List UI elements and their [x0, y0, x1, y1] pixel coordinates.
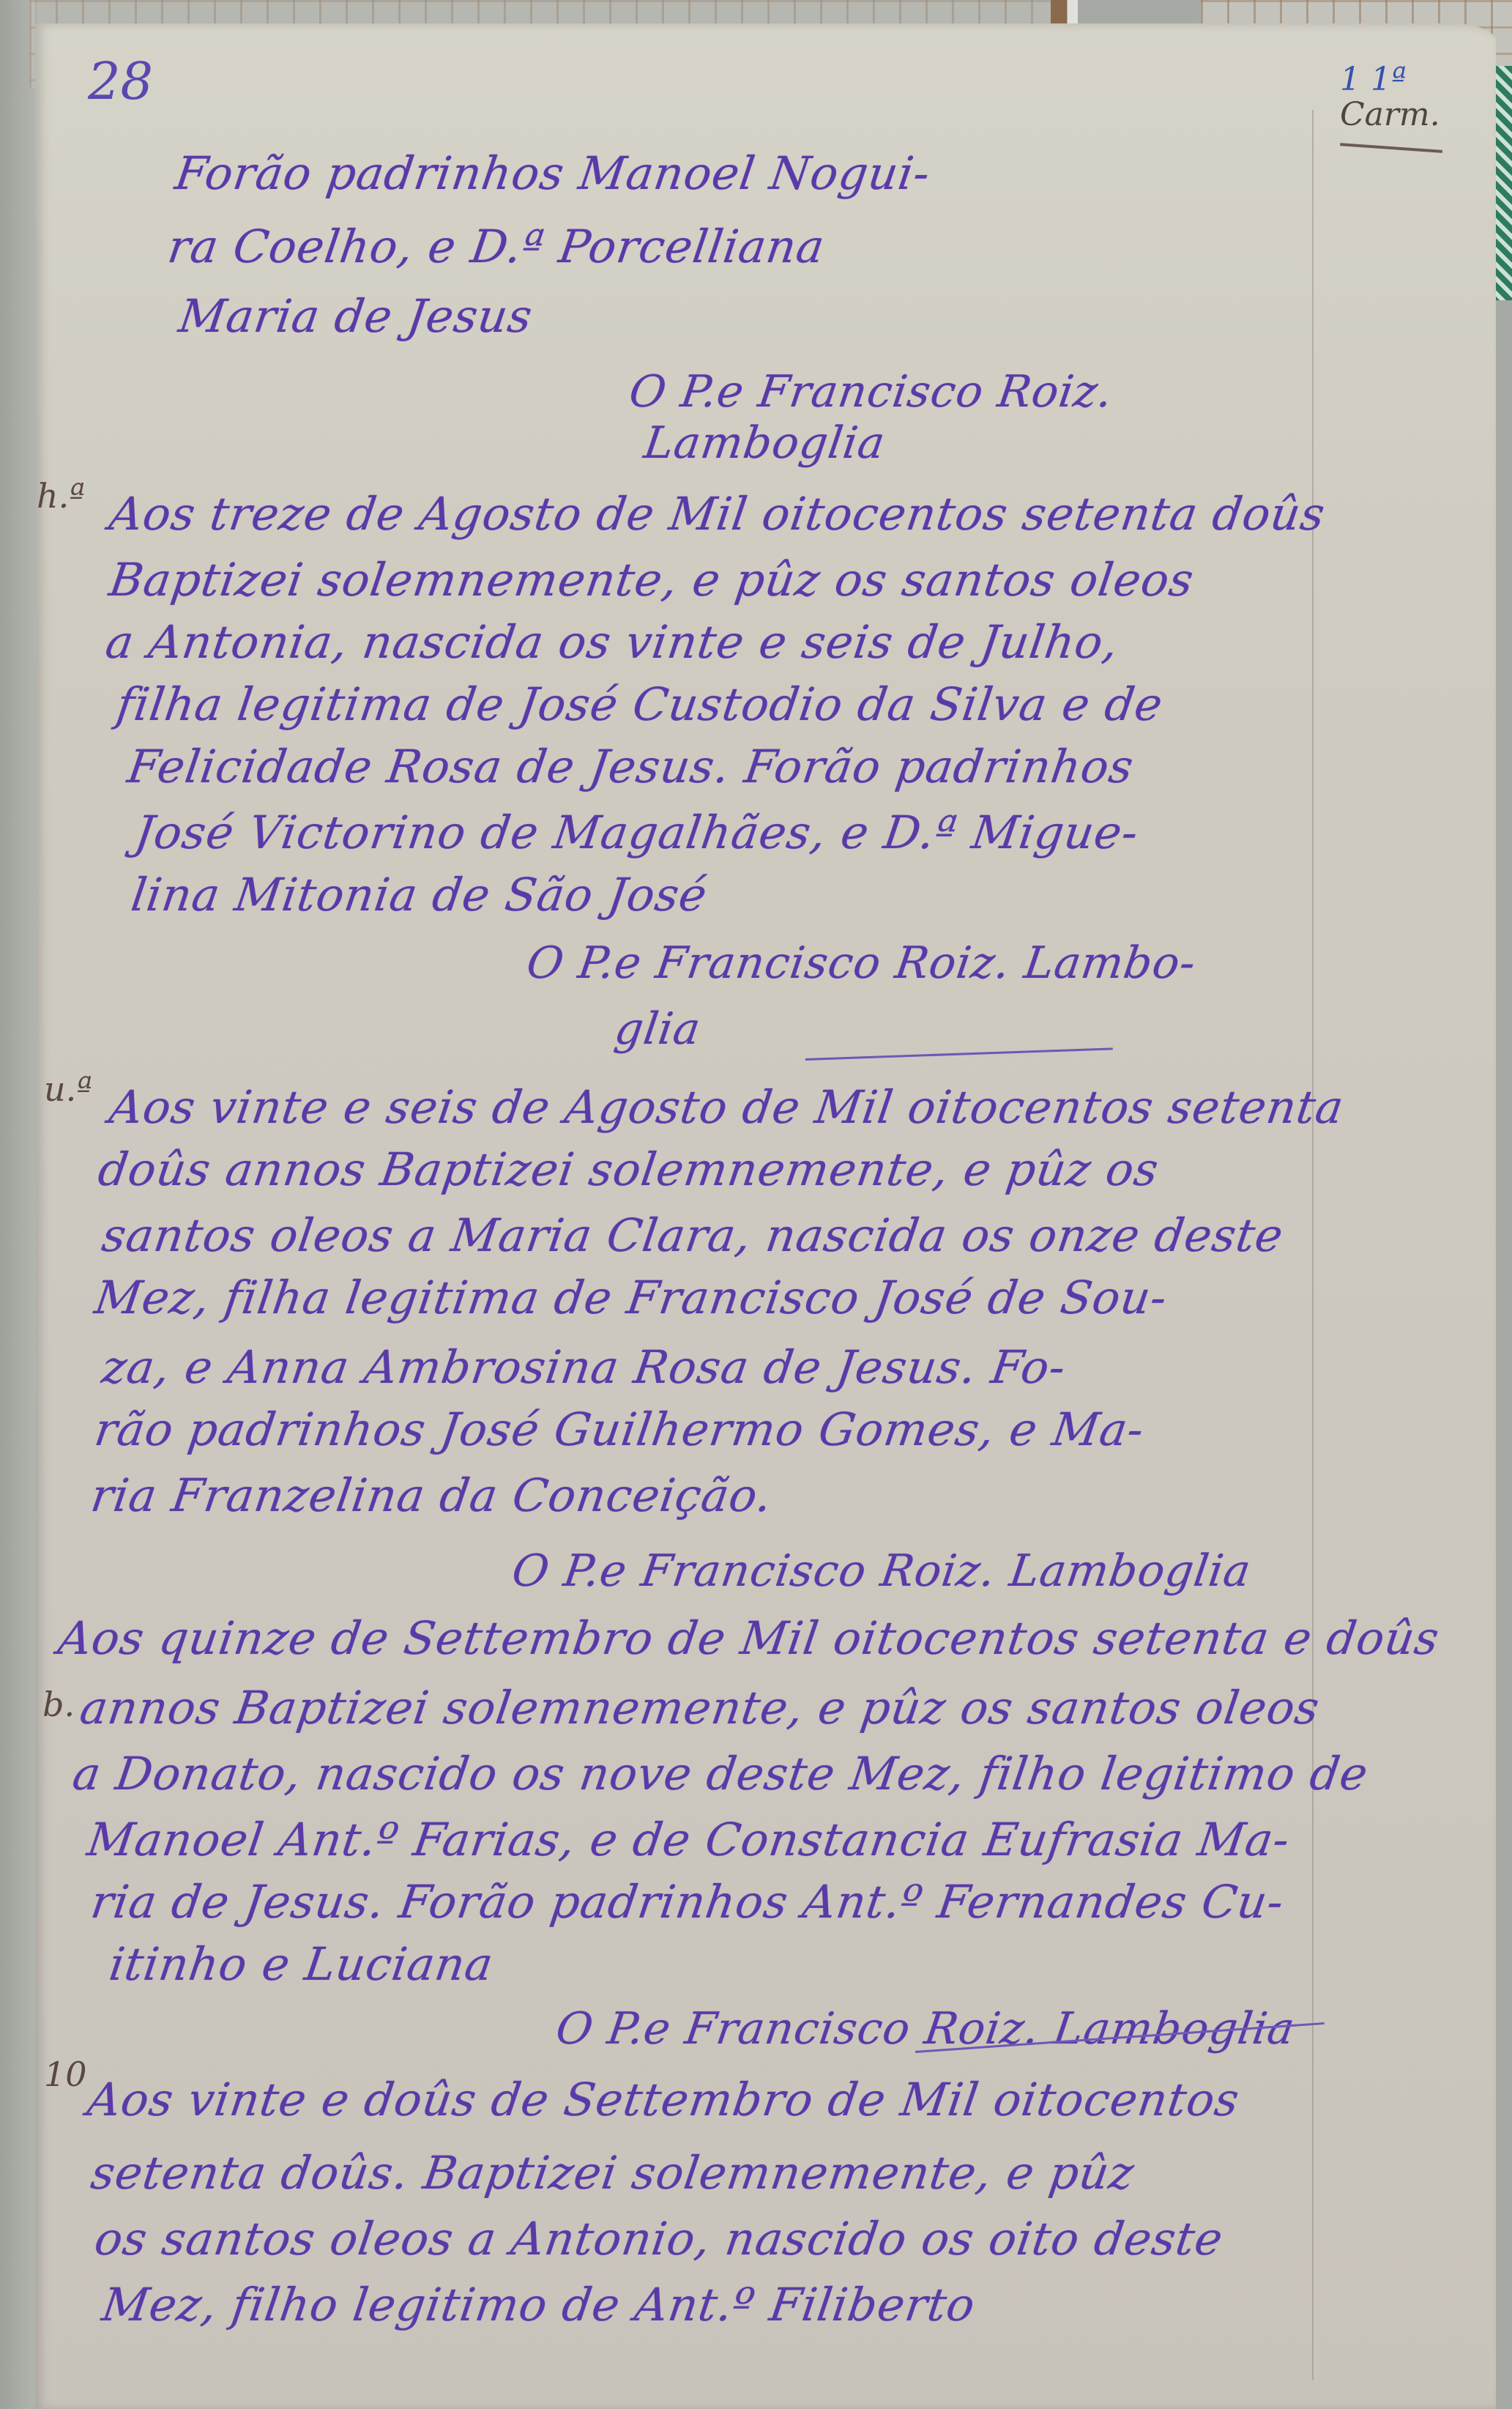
text-line: Felicidade Rosa de Jesus. Forão padrinho…: [124, 740, 1137, 793]
margin-rule: [1312, 110, 1314, 2380]
text-line: Aos vinte e doûs de Settembro de Mil oit…: [84, 2073, 1243, 2126]
signature-line: glia: [611, 1003, 704, 1055]
text-line: a Antonia, nascida os vinte e seis de Ju…: [103, 615, 1122, 669]
text-line: Mez, filha legitima de Francisco José de…: [92, 1271, 1171, 1324]
left-page-edge: [0, 0, 37, 2409]
text-line: doûs annos Baptizei solemnemente, e pûz …: [95, 1143, 1162, 1196]
entry-number: u.ª: [44, 1069, 92, 1109]
text-line: ria de Jesus. Forão padrinhos Ant.º Fern…: [88, 1875, 1287, 1929]
corner-note: 1 1ª Carm.: [1340, 62, 1440, 133]
text-line: rão padrinhos José Guilhermo Gomes, e Ma…: [92, 1403, 1147, 1456]
signature-line: O P.e Francisco Roiz. Lamboglia: [553, 2003, 1298, 2054]
text-line: José Victorino de Magalhães, e D.ª Migue…: [132, 806, 1142, 859]
text-line: Baptizei solemnemente, e pûz os santos o…: [106, 553, 1197, 606]
text-line: ria Franzelina da Conceição.: [88, 1469, 776, 1522]
entry-number: 10: [44, 2054, 87, 2094]
text-line: santos oleos a Maria Clara, nascida os o…: [99, 1209, 1287, 1262]
text-line: Aos vinte e seis de Agosto de Mil oitoce…: [106, 1080, 1347, 1134]
signature-line: O P.e Francisco Roiz.: [626, 366, 1116, 417]
corner-note-top: 1 1ª: [1340, 62, 1440, 97]
folio-number: 28: [88, 51, 153, 111]
text-line: filha legitima de José Custodio da Silva…: [113, 678, 1166, 731]
signature-line: O P.e Francisco Roiz. Lambo-: [524, 938, 1199, 989]
text-line: annos Baptizei solemnemente, e pûz os sa…: [77, 1681, 1323, 1734]
entry-number: h.ª: [37, 476, 85, 516]
text-line: Manoel Ant.º Farias, e de Constancia Euf…: [84, 1813, 1293, 1866]
text-line: Aos treze de Agosto de Mil oitocentos se…: [106, 487, 1329, 541]
text-line: za, e Anna Ambrosina Rosa de Jesus. Fo-: [99, 1340, 1070, 1394]
text-line: os santos oleos a Antonio, nascido os oi…: [92, 2212, 1226, 2265]
signature-line: O P.e Francisco Roiz. Lamboglia: [509, 1545, 1254, 1597]
text-line: Forão padrinhos Manoel Nogui-: [172, 146, 934, 200]
text-line: Mez, filho legitimo de Ant.º Filiberto: [99, 2278, 979, 2331]
text-line: ra Coelho, e D.ª Porcelliana: [165, 220, 828, 273]
text-line: setenta doûs. Baptizei solemnemente, e p…: [88, 2146, 1138, 2200]
text-line: itinho e Luciana: [106, 1937, 497, 1991]
text-line: a Donato, nascido os nove deste Mez, fil…: [70, 1747, 1371, 1800]
text-line: Aos quinze de Settembro de Mil oitocento…: [55, 1611, 1443, 1665]
corner-note-word: Carm.: [1340, 97, 1440, 133]
signature-line: Lamboglia: [641, 417, 888, 469]
text-line: Maria de Jesus: [176, 289, 536, 343]
text-line: lina Mitonia de São José: [128, 868, 711, 921]
entry-number: b.: [42, 1685, 75, 1724]
